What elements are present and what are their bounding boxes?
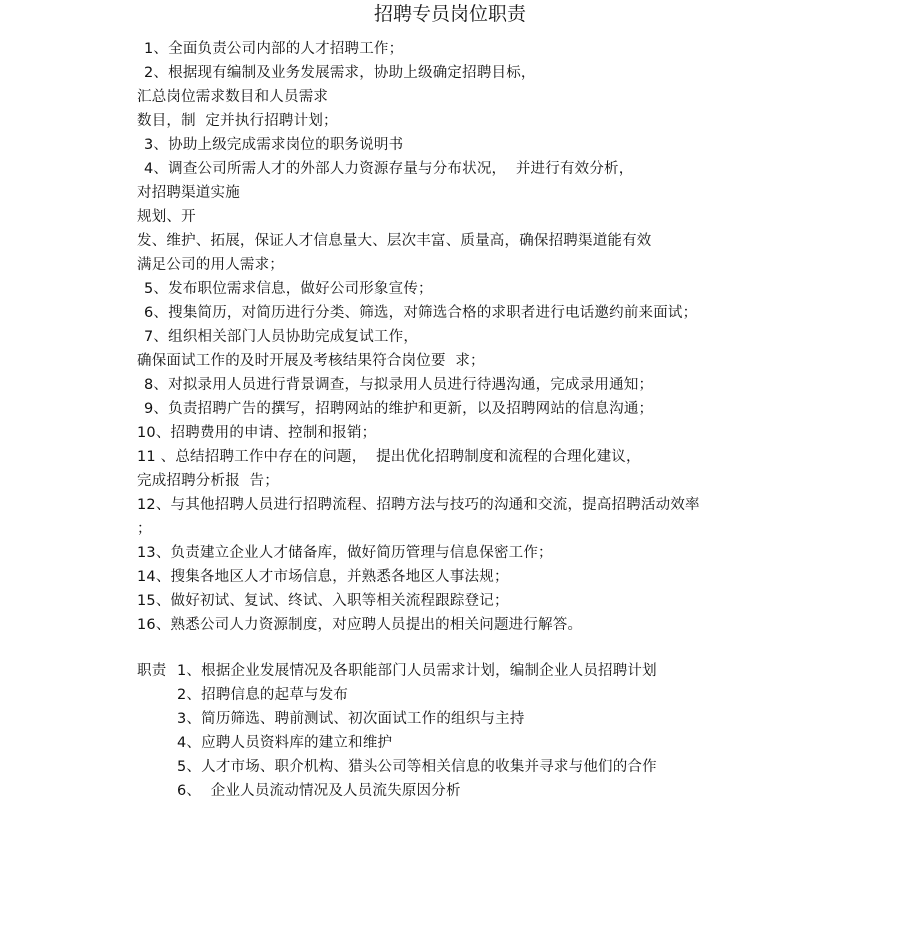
paragraph-line: 1、全面负责公司内部的人才招聘工作； bbox=[137, 37, 777, 61]
paragraph-line: 13、负责建立企业人才储备库，做好简历管理与信息保密工作； bbox=[137, 541, 777, 565]
paragraph-line: 8、对拟录用人员进行背景调查，与拟录用人员进行待遇沟通，完成录用通知； bbox=[137, 373, 777, 397]
paragraph-line: 5、发布职位需求信息，做好公司形象宣传； bbox=[137, 277, 777, 301]
paragraph-line: 4、调查公司所需人才的外部人力资源存量与分布状况， 并进行有效分析， bbox=[137, 157, 777, 181]
paragraph-line: 满足公司的用人需求； bbox=[137, 253, 777, 277]
paragraph-line: 14、搜集各地区人才市场信息，并熟悉各地区人事法规； bbox=[137, 565, 777, 589]
page-title: 招聘专员岗位职责 bbox=[0, 1, 900, 27]
paragraph-line: 对招聘渠道实施 bbox=[137, 181, 777, 205]
duties-label-spacer bbox=[137, 779, 177, 803]
duties-label: 职责 bbox=[137, 659, 177, 683]
paragraph-line: 确保面试工作的及时开展及考核结果符合岗位要 求； bbox=[137, 349, 777, 373]
duty-text: 6、 企业人员流动情况及人员流失原因分析 bbox=[177, 779, 461, 803]
duty-item: 5、人才市场、职介机构、猎头公司等相关信息的收集并寻求与他们的合作 bbox=[137, 755, 777, 779]
duty-text: 4、应聘人员资料库的建立和维护 bbox=[177, 731, 392, 755]
paragraph-line: 2、根据现有编制及业务发展需求，协助上级确定招聘目标， bbox=[137, 61, 777, 85]
duties-section: 职责 1、根据企业发展情况及各职能部门人员需求计划，编制企业人员招聘计划 2、招… bbox=[137, 659, 777, 803]
duty-item: 2、招聘信息的起草与发布 bbox=[137, 683, 777, 707]
paragraph-line: 16、熟悉公司人力资源制度，对应聘人员提出的相关问题进行解答。 bbox=[137, 613, 777, 637]
duty-item: 职责 1、根据企业发展情况及各职能部门人员需求计划，编制企业人员招聘计划 bbox=[137, 659, 777, 683]
paragraph-line: 9、负责招聘广告的撰写，招聘网站的维护和更新，以及招聘网站的信息沟通； bbox=[137, 397, 777, 421]
duties-label-spacer bbox=[137, 731, 177, 755]
duty-text: 5、人才市场、职介机构、猎头公司等相关信息的收集并寻求与他们的合作 bbox=[177, 755, 657, 779]
paragraph-line: 6、搜集简历，对简历进行分类、筛选，对筛选合格的求职者进行电话邀约前来面试； bbox=[137, 301, 777, 325]
paragraph-line: 数目，制 定并执行招聘计划； bbox=[137, 109, 777, 133]
duties-label-spacer bbox=[137, 707, 177, 731]
duty-text: 3、简历筛选、聘前测试、初次面试工作的组织与主持 bbox=[177, 707, 525, 731]
duties-label-spacer bbox=[137, 683, 177, 707]
duty-item: 3、简历筛选、聘前测试、初次面试工作的组织与主持 bbox=[137, 707, 777, 731]
duties-label-spacer bbox=[137, 755, 177, 779]
duty-item: 6、 企业人员流动情况及人员流失原因分析 bbox=[137, 779, 777, 803]
paragraph-line: 完成招聘分析报 告； bbox=[137, 469, 777, 493]
paragraph-line: 3、协助上级完成需求岗位的职务说明书 bbox=[137, 133, 777, 157]
paragraph-line: 7、组织相关部门人员协助完成复试工作， bbox=[137, 325, 777, 349]
section-gap bbox=[137, 637, 777, 659]
duty-text: 1、根据企业发展情况及各职能部门人员需求计划，编制企业人员招聘计划 bbox=[177, 659, 657, 683]
paragraph-line: 规划、开 bbox=[137, 205, 777, 229]
duty-text: 2、招聘信息的起草与发布 bbox=[177, 683, 348, 707]
paragraph-line: ； bbox=[137, 517, 777, 541]
paragraph-line: 发、维护、拓展，保证人才信息量大、层次丰富、质量高，确保招聘渠道能有效 bbox=[137, 229, 777, 253]
paragraph-line: 15、做好初试、复试、终试、入职等相关流程跟踪登记； bbox=[137, 589, 777, 613]
duty-item: 4、应聘人员资料库的建立和维护 bbox=[137, 731, 777, 755]
paragraph-line: 汇总岗位需求数目和人员需求 bbox=[137, 85, 777, 109]
paragraph-line: 10、招聘费用的申请、控制和报销； bbox=[137, 421, 777, 445]
paragraph-line: 12、与其他招聘人员进行招聘流程、招聘方法与技巧的沟通和交流，提高招聘活动效率 bbox=[137, 493, 777, 517]
paragraph-line: 11 、总结招聘工作中存在的问题， 提出优化招聘制度和流程的合理化建议， bbox=[137, 445, 777, 469]
document-body: 1、全面负责公司内部的人才招聘工作； 2、根据现有编制及业务发展需求，协助上级确… bbox=[137, 37, 777, 803]
